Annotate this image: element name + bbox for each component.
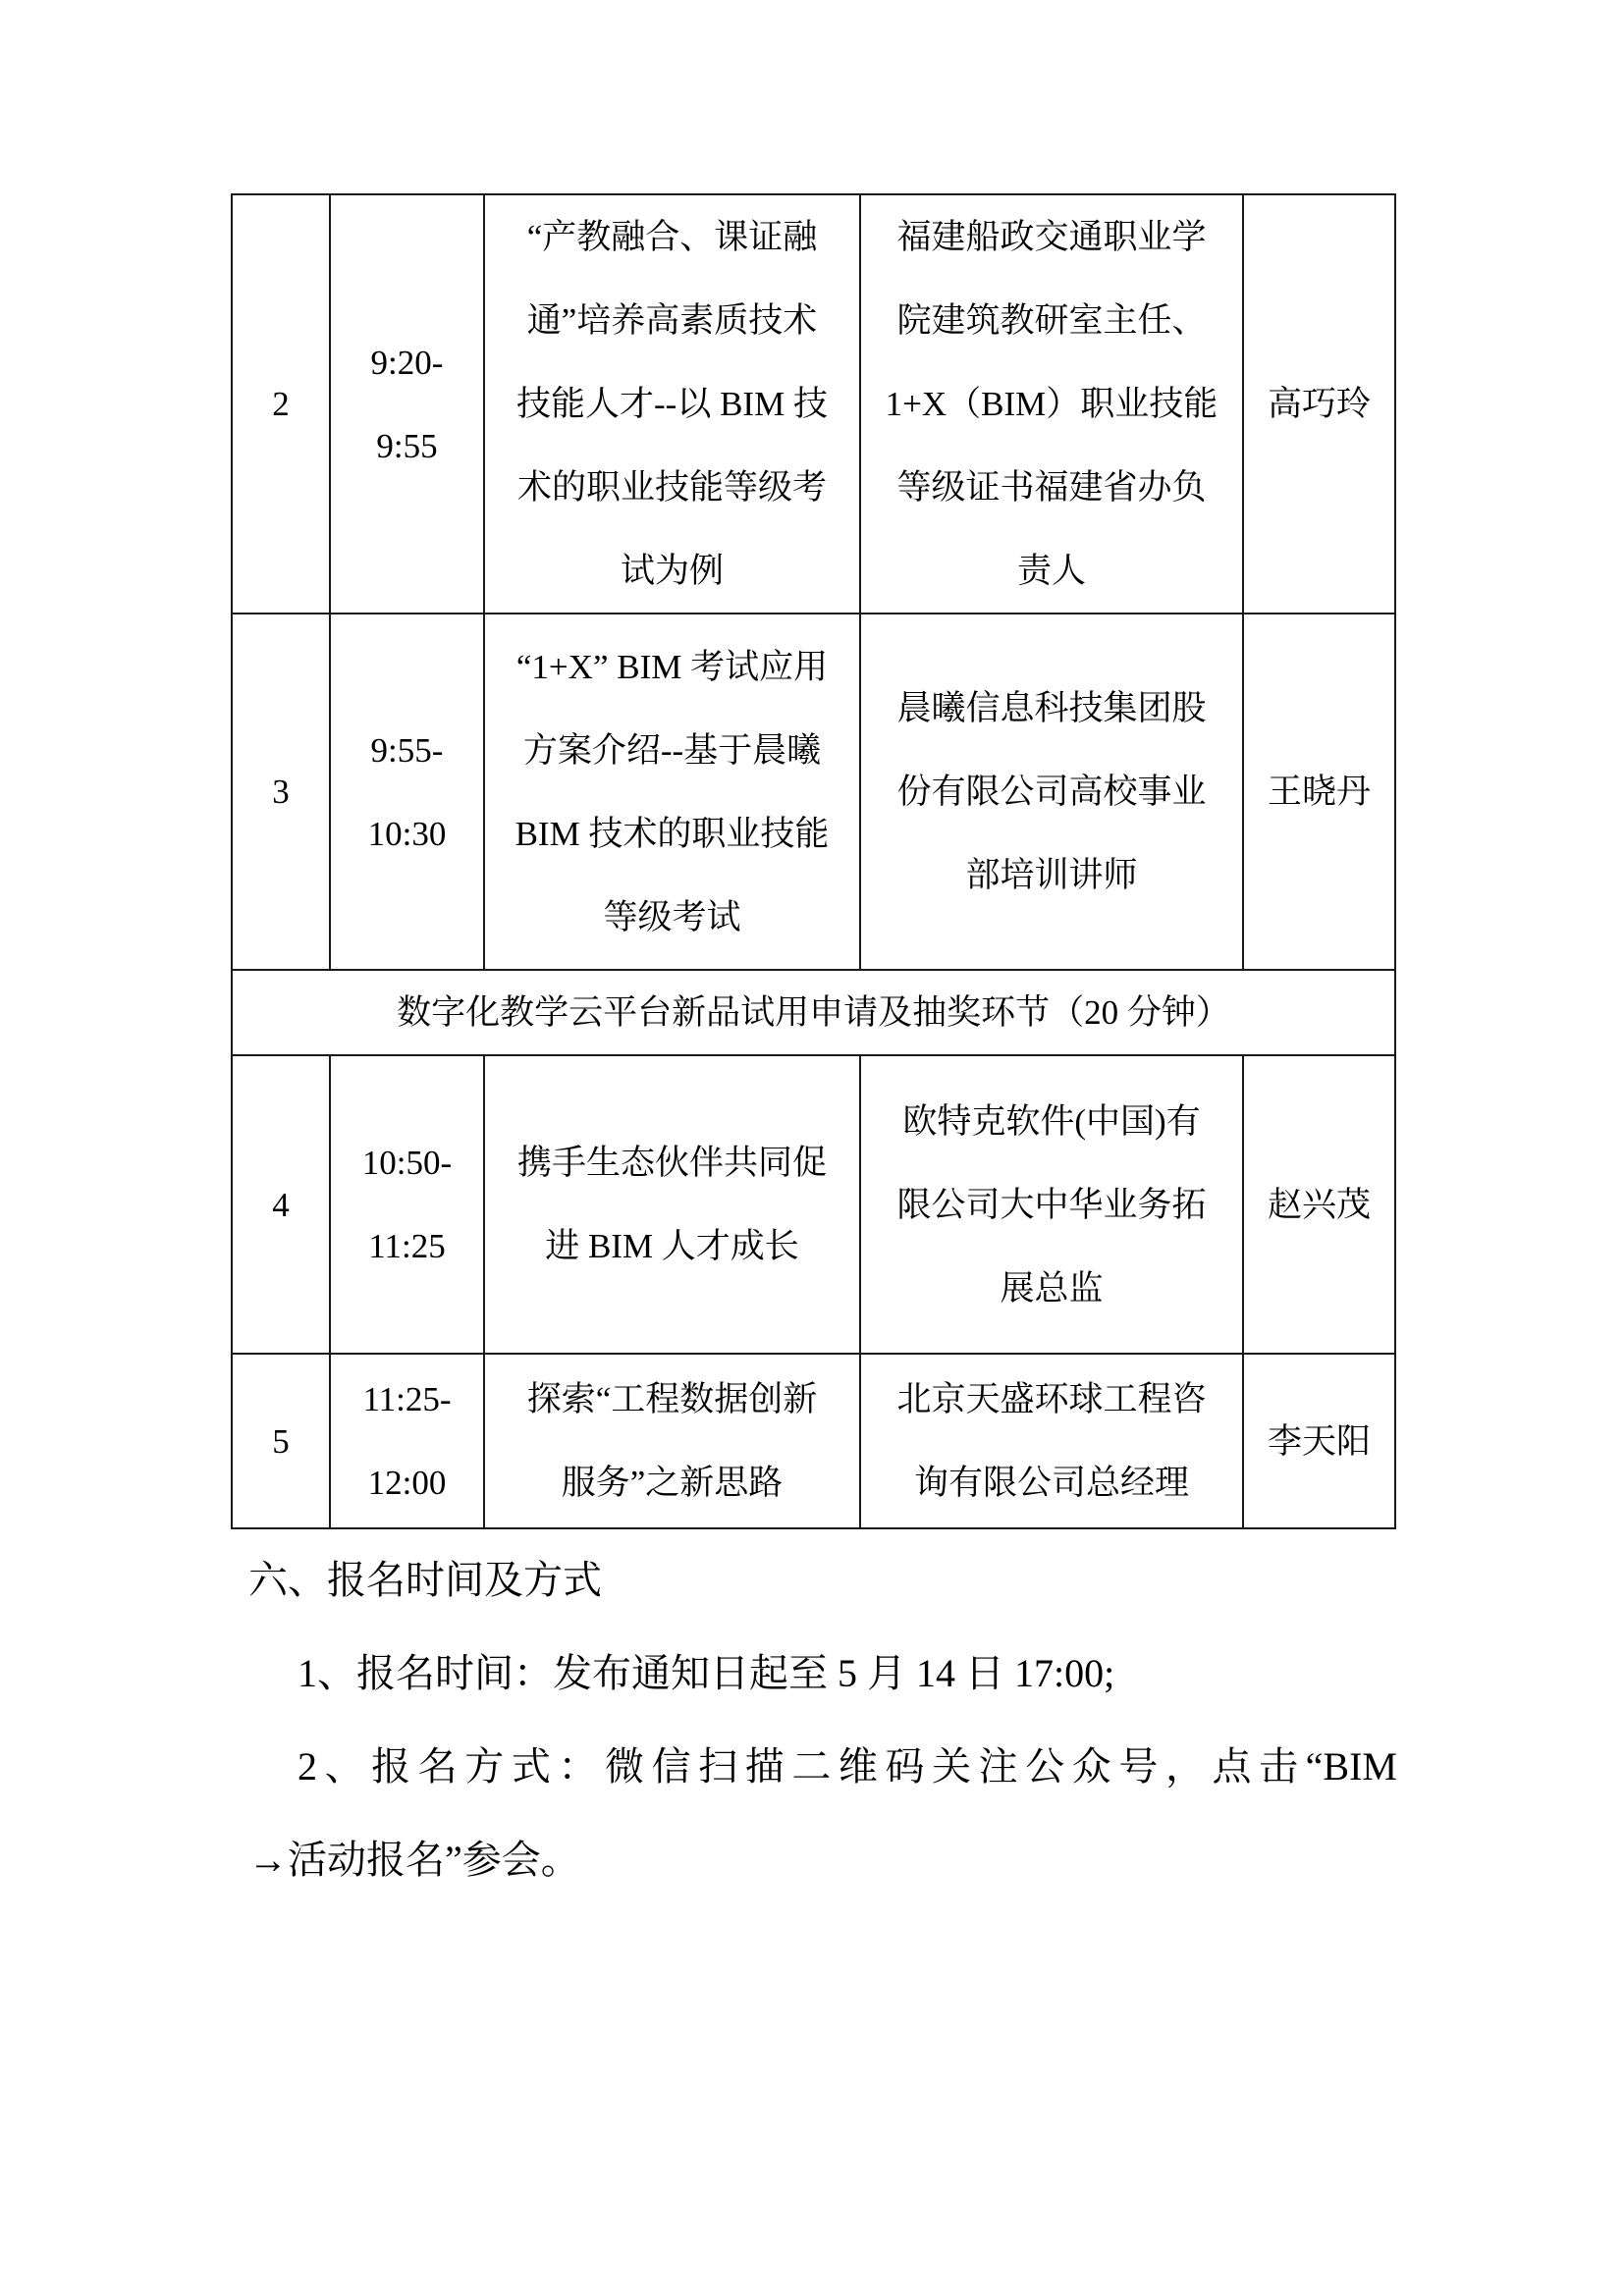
session-speaker-name: 李天阳	[1243, 1354, 1395, 1528]
session-time: 10:50- 11:25	[330, 1055, 484, 1354]
section-heading: 六、报名时间及方式	[248, 1533, 1397, 1627]
session-speaker-name: 赵兴茂	[1243, 1055, 1395, 1354]
session-number: 5	[232, 1354, 330, 1528]
session-speaker-name: 王晓丹	[1243, 614, 1395, 970]
session-speaker-name: 高巧玲	[1243, 194, 1395, 614]
session-time: 11:25- 12:00	[330, 1354, 484, 1528]
session-topic: 探索“工程数据创新 服务”之新思路	[484, 1354, 860, 1528]
session-time: 9:55- 10:30	[330, 614, 484, 970]
table-row-interlude: 数字化教学云平台新品试用申请及抽奖环节（20 分钟）	[232, 970, 1395, 1055]
table-row-session-4: 4 10:50- 11:25 携手生态伙伴共同促 进 BIM 人才成长 欧特克软…	[232, 1055, 1395, 1354]
session-number: 4	[232, 1055, 330, 1354]
session-number: 3	[232, 614, 330, 970]
table-row-session-5: 5 11:25- 12:00 探索“工程数据创新 服务”之新思路 北京天盛环球工…	[232, 1354, 1395, 1528]
session-topic: “产教融合、课证融 通”培养高素质技术 技能人才--以 BIM 技 术的职业技能…	[484, 194, 860, 614]
session-time: 9:20- 9:55	[330, 194, 484, 614]
registration-method-paragraph-line2: →活动报名”参会。	[248, 1813, 1397, 1906]
session-number: 2	[232, 194, 330, 614]
table-row-session-3: 3 9:55- 10:30 “1+X” BIM 考试应用 方案介绍--基于晨曦 …	[232, 614, 1395, 970]
registration-section: 六、报名时间及方式 1、报名时间：发布通知日起至 5 月 14 日 17:00;…	[248, 1533, 1397, 1906]
session-speaker-title: 晨曦信息科技集团股 份有限公司高校事业 部培训讲师	[860, 614, 1243, 970]
session-speaker-title: 福建船政交通职业学 院建筑教研室主任、 1+X（BIM）职业技能 等级证书福建省…	[860, 194, 1243, 614]
table-row-session-2: 2 9:20- 9:55 “产教融合、课证融 通”培养高素质技术 技能人才--以…	[232, 194, 1395, 614]
interlude-text: 数字化教学云平台新品试用申请及抽奖环节（20 分钟）	[232, 970, 1395, 1055]
registration-time-paragraph: 1、报名时间：发布通知日起至 5 月 14 日 17:00;	[248, 1627, 1397, 1720]
session-topic: 携手生态伙伴共同促 进 BIM 人才成长	[484, 1055, 860, 1354]
registration-method-paragraph-line1: 2、报名方式：微信扫描二维码关注公众号，点击“BIM	[248, 1720, 1397, 1813]
session-speaker-title: 北京天盛环球工程咨 询有限公司总经理	[860, 1354, 1243, 1528]
schedule-table: 2 9:20- 9:55 “产教融合、课证融 通”培养高素质技术 技能人才--以…	[231, 193, 1396, 1529]
session-topic: “1+X” BIM 考试应用 方案介绍--基于晨曦 BIM 技术的职业技能 等级…	[484, 614, 860, 970]
session-speaker-title: 欧特克软件(中国)有 限公司大中华业务拓 展总监	[860, 1055, 1243, 1354]
document-page: 2 9:20- 9:55 “产教融合、课证融 通”培养高素质技术 技能人才--以…	[0, 0, 1624, 2296]
